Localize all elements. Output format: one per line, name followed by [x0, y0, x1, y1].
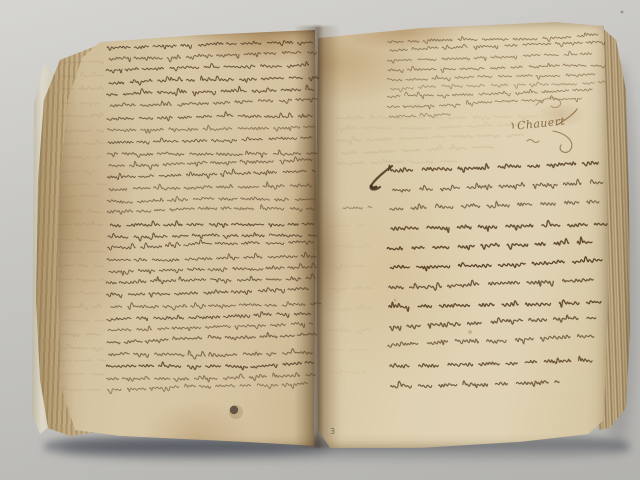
page-number-mark: 3 — [330, 427, 335, 436]
left-manuscript-page — [56, 30, 316, 448]
manuscript-photo: Chauert 3 — [0, 0, 640, 480]
right-manuscript-page — [314, 20, 608, 450]
gutter-shadow — [294, 26, 340, 448]
